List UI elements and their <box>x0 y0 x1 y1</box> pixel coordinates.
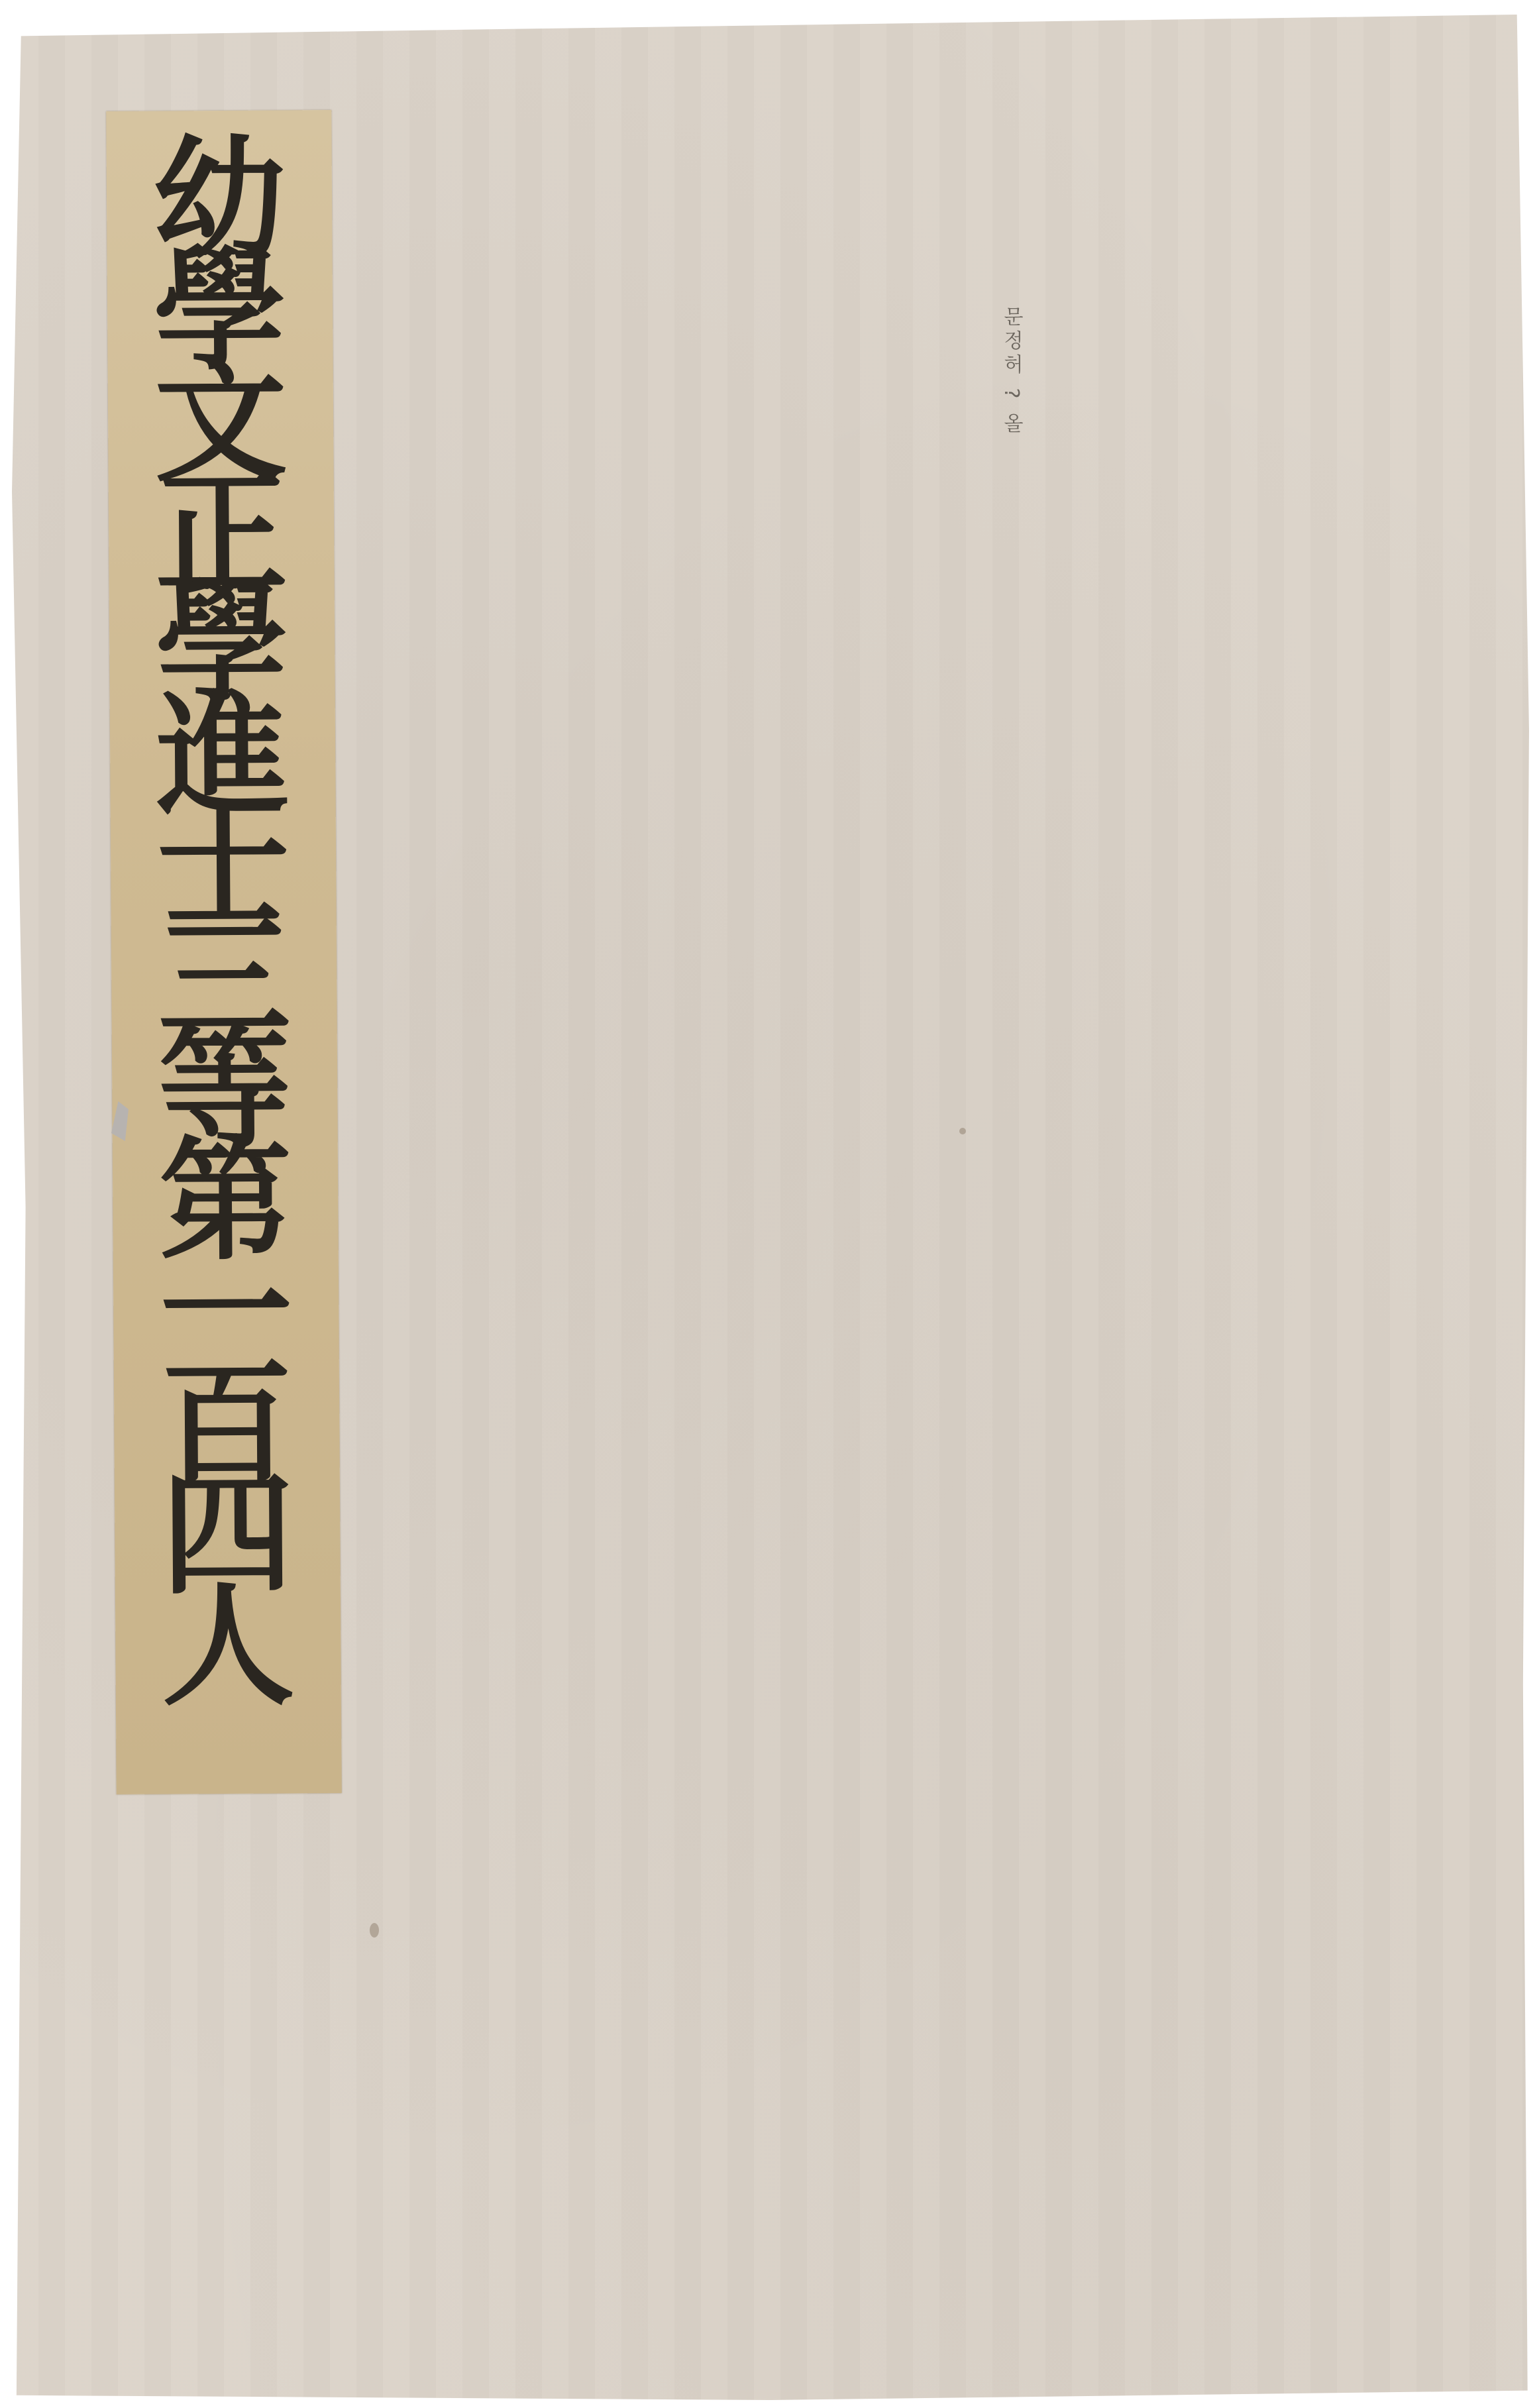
title-label-strip: 幼 學 文 正 學 進 士 三 等 第 一 百 四 人 <box>106 110 342 1794</box>
paper-stain <box>959 1128 966 1134</box>
paper-stain <box>370 1923 379 1938</box>
document-cover-sheet: 幼 學 文 正 學 進 士 三 等 第 一 百 四 人 문정허 ? 올 <box>12 15 1529 2400</box>
handwritten-annotation: 문정허 ? 올 <box>986 306 1026 437</box>
title-char: 人 <box>162 1590 295 1702</box>
